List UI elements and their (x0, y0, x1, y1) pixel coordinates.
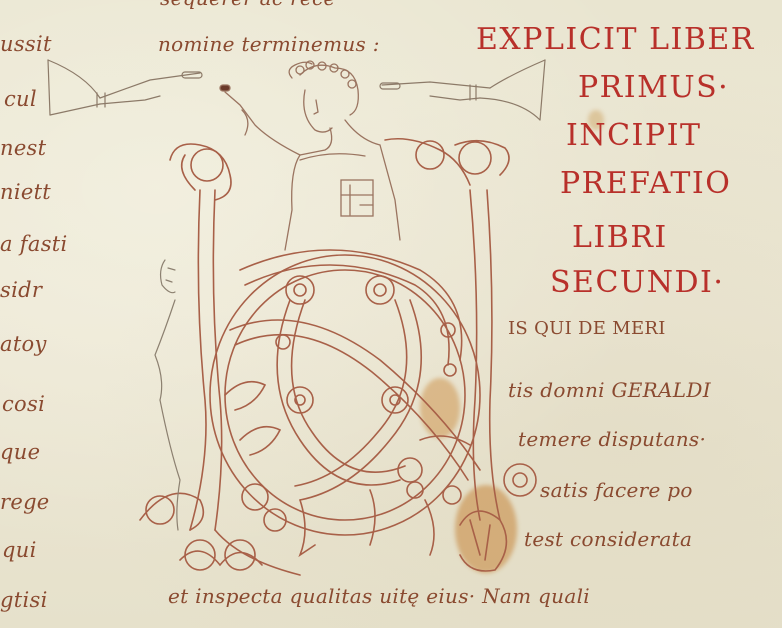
young-man-figure (220, 61, 400, 250)
left-line-2: cul (4, 87, 37, 111)
manuscript-page: ussit cul nest niett a fasti sidr atoy c… (0, 0, 782, 628)
left-line-8: cosi (2, 392, 45, 416)
rubric-line-secundi: SECUNDI· (550, 265, 724, 300)
pointing-hand-left-icon (48, 60, 202, 115)
left-line-1: ussit (0, 32, 52, 56)
rubric-line-primus: PRIMUS· (578, 70, 729, 105)
top-main-line: nomine terminemus : (158, 32, 380, 56)
left-line-4: niett (0, 180, 51, 204)
body-line-5: test considerata (524, 527, 692, 551)
body-line-6: et inspecta qualitas uitę eius· Nam qual… (168, 584, 590, 608)
rubric-line-explicit: EXPLICIT LIBER (476, 22, 755, 57)
body-line-2: tis domni GERALDI (508, 378, 711, 402)
pointing-hand-right-icon (380, 60, 545, 120)
top-partial-line: sequerer ac rece (160, 0, 336, 10)
left-line-11: qui (2, 538, 37, 562)
rubric-line-prefatio: PREFATIO (560, 166, 731, 201)
profile-head-figure (155, 260, 180, 530)
rubric-line-incipit: INCIPIT (566, 118, 701, 153)
body-line-3: temere disputans· (518, 427, 706, 451)
left-line-10: rege (0, 490, 50, 514)
left-line-9: que (0, 440, 40, 464)
left-line-12: gtisi (0, 588, 48, 612)
left-line-7: atoy (0, 332, 47, 356)
left-line-3: nest (0, 136, 46, 160)
interlace-initial-q (140, 139, 536, 575)
rubric-line-libri: LIBRI (572, 220, 668, 255)
body-line-4: satis facere po (540, 478, 693, 502)
left-line-6: sidr (0, 278, 42, 302)
left-line-5: a fasti (0, 232, 68, 256)
body-line-1: IS QUI DE MERI (508, 318, 666, 339)
